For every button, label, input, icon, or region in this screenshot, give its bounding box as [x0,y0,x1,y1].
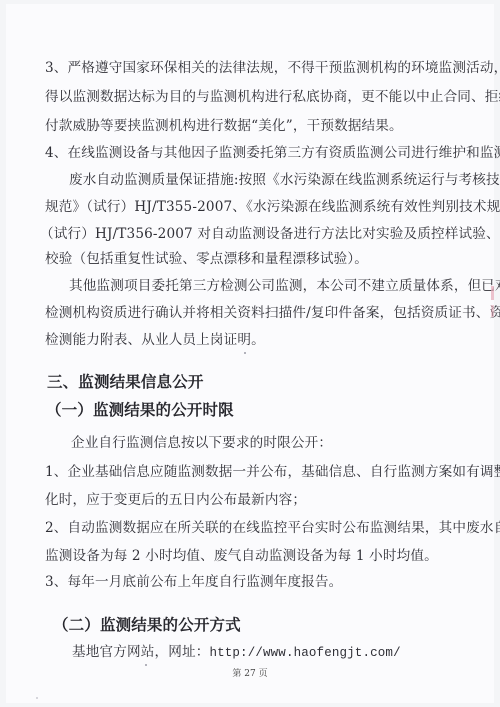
paragraph-qa-line2: 规范》（试行）HJ/T355-2007、《水污染源在线监测系统有效性判别技术规范… [45,195,500,215]
section-heading: 三、监测结果信息公开 [47,370,204,392]
page-number: 第 27 页 [6,666,494,679]
paragraph-qa-line1: 废水自动监测质量保证措施:按照《水污染源在线监测系统运行与考核技术 [69,168,500,188]
list-item-3-line1: 3、每年一月底前公布上年度自行监测年度报告。 [45,570,342,590]
website-label: 基地官方网站，网址： [72,644,209,660]
document-page: 3、严格遵守国家环保相关的法律法规，不得干预监测机构的环境监测活动，不 得以监测… [6,4,494,703]
seal-edge-mark [491,305,494,317]
paragraph-other-line1: 其他监测项目委托第三方检测公司监测，本公司不建立质量体系，但已对 [69,274,500,294]
list-item-2-line1: 2、自动监测数据应在所关联的在线监控平台实时公布监测结果，其中废水自动 [45,516,500,536]
subsection-heading-time-limit: （一）监测结果的公开时限 [46,398,234,420]
website-line: 基地官方网站，网址：http://www.haofengjt.com/ [72,640,401,660]
list-item-1-line1: 1、企业基础信息应随监测数据一并公布，基础信息、自行监测方案如有调整变 [45,460,500,480]
paragraph-other-line2: 检测机构资质进行确认并将相关资料扫描件/复印件备案，包括资质证书、资质 [45,301,500,321]
scan-speck [36,697,38,699]
website-url-link[interactable]: http://www.haofengjt.com/ [209,646,400,660]
paragraph-item3-line2: 得以监测数据达标为目的与监测机构进行私底协商，更不能以中止合同、拒绝 [45,85,500,105]
paragraph-other-line3: 检测能力附表、从业人员上岗证明。 [45,328,265,348]
subsection-heading-method: （二）监测结果的公开方式 [53,613,241,635]
paragraph-item3-line3: 付款威胁等要挟监测机构进行数据“美化”，干预数据结果。 [45,114,403,134]
paragraph-intro: 企业自行监测信息按以下要求的时限公开： [71,431,332,451]
seal-edge-mark [491,286,494,300]
paragraph-qa-line4: 校验（包括重复性试验、零点漂移和量程漂移试验）。 [45,247,368,267]
paragraph-qa-line3: （试行）HJ/T356-2007 对自动监测设备进行方法比对实验及质控样试验、现… [40,222,500,242]
paragraph-item4-line1: 4、在线监测设备与其他因子监测委托第三方有资质监测公司进行维护和监测。 [45,141,500,161]
list-item-1-line2: 化时，应于变更后的五日内公布最新内容； [45,488,306,508]
scan-speck [145,664,147,666]
paragraph-item3-line1: 3、严格遵守国家环保相关的法律法规，不得干预监测机构的环境监测活动，不 [45,56,500,76]
scan-speck [244,352,246,354]
list-item-2-line2: 监测设备为每 2 小时均值、废气自动监测设备为每 1 小时均值。 [45,544,438,564]
